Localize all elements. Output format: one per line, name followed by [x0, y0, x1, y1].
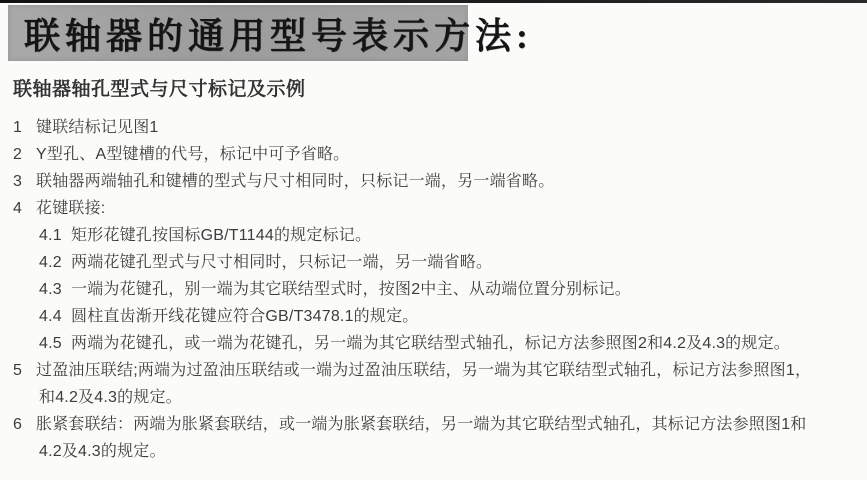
subitem-text: 一端为花键孔，别一端为其它联结型式时，按图2中主、从动端位置分别标记。: [71, 281, 857, 298]
subitem-text: 矩形花键孔按国标GB/T1144的规定标记。: [71, 227, 857, 244]
list-item-4: 4 花键联接:: [13, 200, 857, 217]
item-text: Y型孔、A型键槽的代号，标记中可予省略。: [36, 146, 857, 163]
subitem-text: 两端花键孔型式与尺寸相同时，只标记一端，另一端省略。: [71, 254, 857, 271]
item-text: 联轴器两端轴孔和键槽的型式与尺寸相同时，只标记一端，另一端省略。: [36, 173, 857, 190]
banner-title: 联轴器的通用型号表示方法:: [24, 8, 533, 59]
list-subitem-4-4: 4.4 圆柱直齿渐开线花键应符合GB/T3478.1的规定。: [39, 308, 857, 325]
list-subitem-4-2: 4.2 两端花键孔型式与尺寸相同时，只标记一端，另一端省略。: [39, 254, 857, 271]
list-item-5-continuation: 和4.2及4.3的规定。: [39, 389, 857, 406]
list-item-5: 5 过盈油压联结;两端为过盈油压联结或一端为过盈油压联结，另一端为其它联结型式轴…: [13, 362, 857, 379]
list-item-6: 6 胀紧套联结：两端为胀紧套联结，或一端为胀紧套联结，另一端为其它联结型式轴孔，…: [13, 416, 857, 433]
page: { "banner": { "title": "联轴器的通用型号表示方法:" }…: [0, 0, 867, 480]
item-text: 花键联接:: [36, 200, 857, 217]
section-heading: 联轴器轴孔型式与尺寸标记及示例: [13, 74, 857, 101]
title-banner: 联轴器的通用型号表示方法:: [8, 5, 468, 61]
subitem-number: 4.5: [39, 335, 71, 352]
list-subitem-4-1: 4.1 矩形花键孔按国标GB/T1144的规定标记。: [39, 227, 857, 244]
subitem-number: 4.1: [39, 227, 71, 244]
list-item-6-continuation: 4.2及4.3的规定。: [39, 443, 857, 460]
item-text: 过盈油压联结;两端为过盈油压联结或一端为过盈油压联结，另一端为其它联结型式轴孔，…: [36, 362, 857, 379]
item-text: 和4.2及4.3的规定。: [39, 389, 857, 406]
subitem-text: 两端为花键孔，或一端为花键孔，另一端为其它联结型式轴孔，标记方法参照图2和4.2…: [71, 335, 857, 352]
list-item-2: 2 Y型孔、A型键槽的代号，标记中可予省略。: [13, 146, 857, 163]
item-number: 5: [13, 362, 36, 379]
item-number: 1: [13, 119, 36, 136]
item-text: 4.2及4.3的规定。: [39, 443, 857, 460]
top-rule: [0, 0, 867, 3]
list-item-1: 1 键联结标记见图1: [13, 119, 857, 136]
item-number: 3: [13, 173, 36, 190]
item-number: 2: [13, 146, 36, 163]
item-number: 6: [13, 416, 36, 433]
subitem-text: 圆柱直齿渐开线花键应符合GB/T3478.1的规定。: [71, 308, 857, 325]
subitem-number: 4.4: [39, 308, 71, 325]
item-text: 胀紧套联结：两端为胀紧套联结，或一端为胀紧套联结，另一端为其它联结型式轴孔，其标…: [36, 416, 857, 433]
list-item-3: 3 联轴器两端轴孔和键槽的型式与尺寸相同时，只标记一端，另一端省略。: [13, 173, 857, 190]
subitem-number: 4.3: [39, 281, 71, 298]
list-subitem-4-5: 4.5 两端为花键孔，或一端为花键孔，另一端为其它联结型式轴孔，标记方法参照图2…: [39, 335, 857, 352]
item-text: 键联结标记见图1: [36, 119, 857, 136]
item-number: 4: [13, 200, 36, 217]
document-body: 联轴器轴孔型式与尺寸标记及示例 1 键联结标记见图1 2 Y型孔、A型键槽的代号…: [13, 74, 857, 470]
list-subitem-4-3: 4.3 一端为花键孔，别一端为其它联结型式时，按图2中主、从动端位置分别标记。: [39, 281, 857, 298]
subitem-number: 4.2: [39, 254, 71, 271]
